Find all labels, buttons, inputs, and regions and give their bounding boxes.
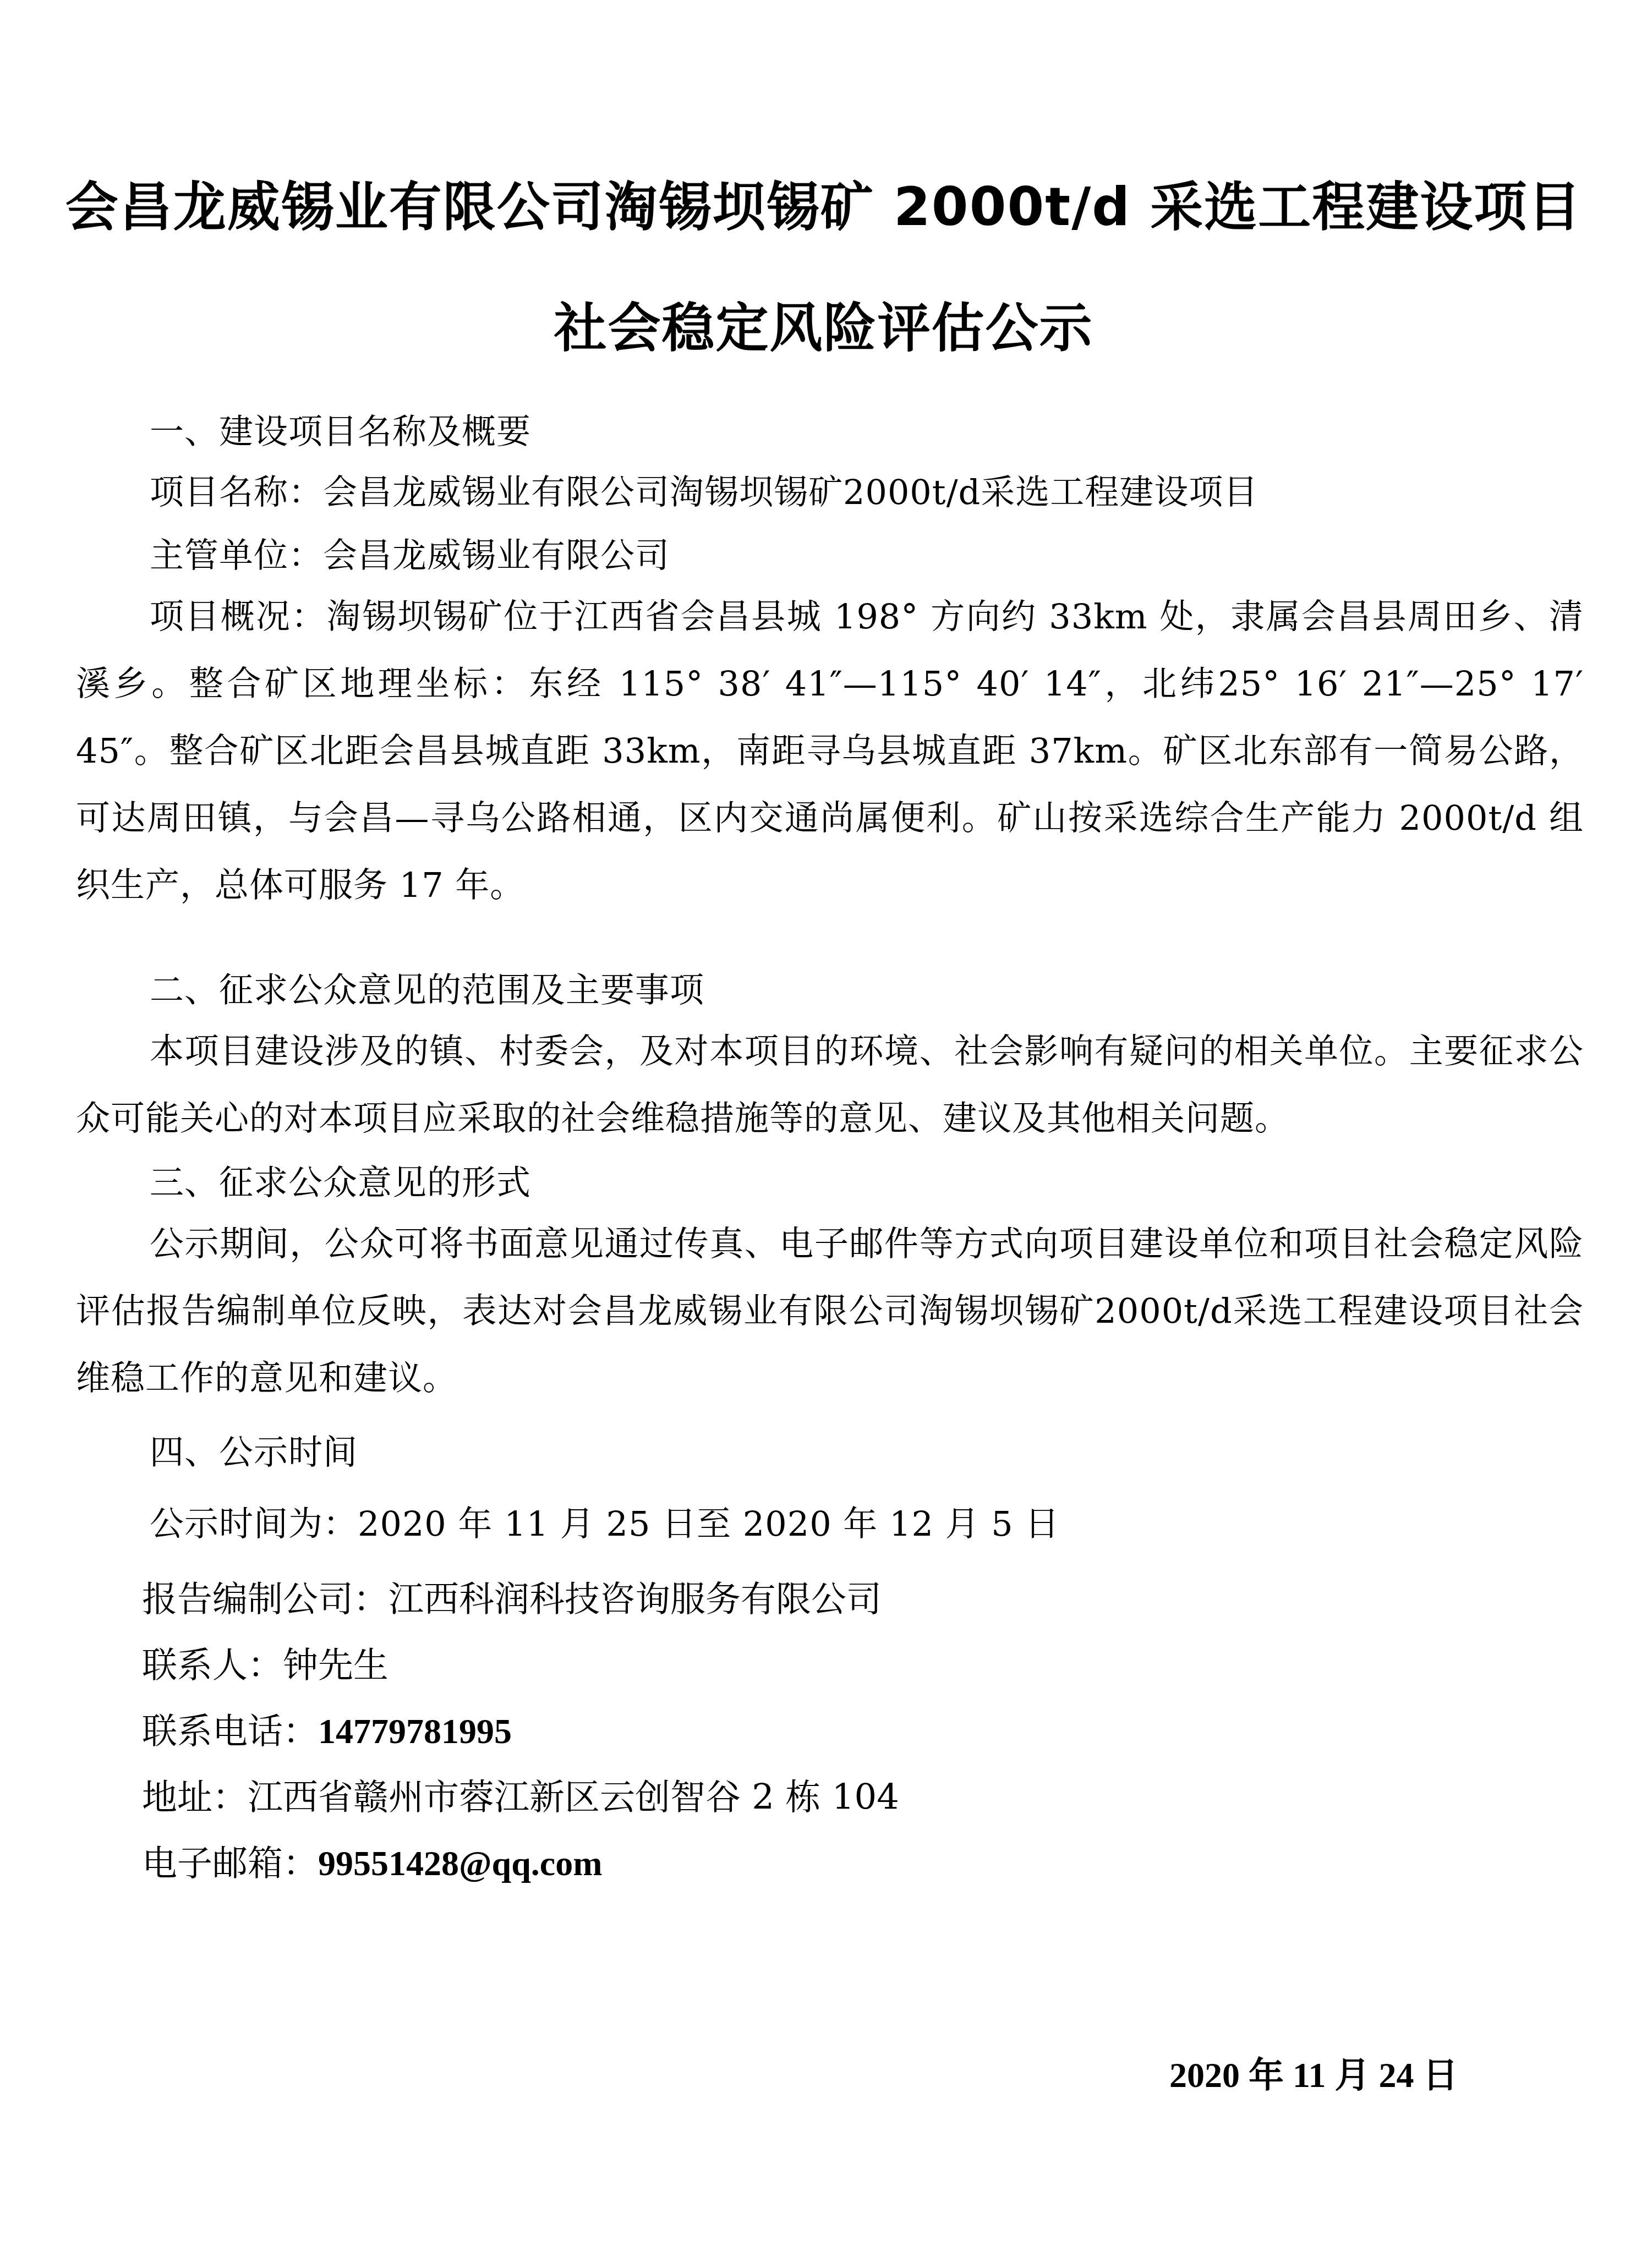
section2-heading: 二、征求公众意见的范围及主要事项	[150, 963, 704, 1012]
supervising-authority: 主管单位：会昌龙威锡业有限公司	[150, 528, 670, 577]
contact-person-value: 钟先生	[283, 1645, 389, 1686]
contact-address-label: 地址：	[142, 1777, 248, 1818]
section3-heading: 三、征求公众意见的形式	[150, 1155, 531, 1204]
contact-company-label: 报告编制公司：	[142, 1579, 389, 1620]
contact-address-value: 江西省赣州市蓉江新区云创智谷 2 栋 104	[248, 1777, 899, 1818]
contact-phone: 联系电话：14779781995	[142, 1703, 512, 1754]
section2-body: 本项目建设涉及的镇、村委会，及对本项目的环境、社会影响有疑问的相关单位。主要征求…	[76, 1018, 1584, 1152]
section3-body: 公示期间，公众可将书面意见通过传真、电子邮件等方式向项目建设单位和项目社会稳定风…	[76, 1210, 1584, 1412]
contact-person-label: 联系人：	[142, 1645, 283, 1686]
document-title-line2: 社会稳定风险评估公示	[0, 286, 1647, 361]
contact-phone-value: 14779781995	[318, 1712, 512, 1751]
project-name: 项目名称：会昌龙威锡业有限公司淘锡坝锡矿2000t/d采选工程建设项目	[150, 465, 1258, 514]
contact-address: 地址：江西省赣州市蓉江新区云创智谷 2 栋 104	[142, 1769, 899, 1820]
contact-company-value: 江西科润科技咨询服务有限公司	[389, 1579, 882, 1620]
document-date: 2020 年 11 月 24 日	[1169, 2047, 1458, 2097]
contact-person: 联系人：钟先生	[142, 1637, 389, 1688]
section4-heading: 四、公示时间	[150, 1425, 358, 1474]
contact-email-label: 电子邮箱：	[142, 1843, 318, 1884]
document-title-line1: 会昌龙威锡业有限公司淘锡坝锡矿 2000t/d 采选工程建设项目	[0, 165, 1647, 240]
contact-company: 报告编制公司：江西科润科技咨询服务有限公司	[142, 1571, 882, 1621]
section1-heading: 一、建设项目名称及概要	[150, 404, 531, 453]
project-overview: 项目概况：淘锡坝锡矿位于江西省会昌县城 198° 方向约 33km 处，隶属会昌…	[76, 583, 1584, 919]
contact-email: 电子邮箱：99551428@qq.com	[142, 1835, 602, 1886]
publicity-period: 公示时间为：2020 年 11 月 25 日至 2020 年 12 月 5 日	[150, 1497, 1059, 1546]
contact-email-value: 99551428@qq.com	[318, 1844, 602, 1883]
contact-phone-label: 联系电话：	[142, 1711, 318, 1752]
document-page: 会昌龙威锡业有限公司淘锡坝锡矿 2000t/d 采选工程建设项目 社会稳定风险评…	[0, 0, 1647, 2268]
